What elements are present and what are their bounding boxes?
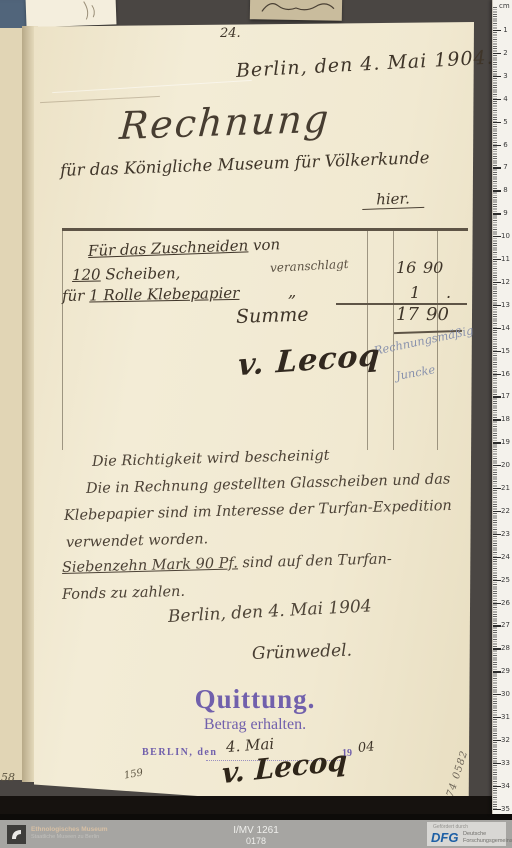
- ruler-number: 14: [500, 324, 511, 332]
- folio-number: 24.: [220, 26, 241, 41]
- document-title: Rechnung: [116, 96, 333, 148]
- script-fragment-icon: [250, 0, 342, 21]
- ruler-number: 24: [500, 553, 511, 561]
- receipt-place-label: BERLIN, den: [142, 747, 217, 758]
- archive-info-bar: Ethnologisches Museum Staatliche Museen …: [0, 820, 512, 848]
- ruler-number: 6: [500, 141, 511, 149]
- ruler-number: 8: [500, 186, 511, 194]
- ruler-number: 18: [500, 415, 511, 423]
- ruler-unit-label: cm: [499, 2, 510, 10]
- ruler-number: 21: [500, 484, 511, 492]
- ruler-number: 31: [500, 713, 511, 721]
- inventory-number: I/MV 1261: [176, 825, 336, 836]
- ruler-number: 2: [500, 49, 511, 57]
- ruler-number: 23: [500, 530, 511, 538]
- ruler-number: 32: [500, 736, 511, 744]
- cert-line-6: Fonds zu zahlen.: [62, 584, 185, 603]
- museum-subname: Staatliche Museen zu Berlin: [31, 834, 99, 840]
- ruler-number: 25: [500, 576, 511, 584]
- ruler-number: 5: [500, 118, 511, 126]
- ruler-number: 35: [500, 805, 511, 813]
- ruler-mm-ticks: [493, 7, 497, 809]
- adjacent-page-edge: [0, 28, 24, 780]
- ruler-number: 20: [500, 461, 511, 469]
- item-1-qty: 120: [72, 266, 101, 284]
- receipt-year-handwritten: 04: [357, 739, 375, 756]
- item-1-name: Scheiben,: [100, 264, 180, 283]
- scanned-document-photo: 24. Berlin, den 4. Mai 1904. Rechnung fü…: [0, 0, 512, 848]
- amount-2-pf: .: [446, 283, 451, 302]
- signature-director: Grünwedel.: [252, 641, 353, 664]
- ruler-number: 7: [500, 163, 511, 171]
- paper-edge-top-center: [250, 0, 342, 21]
- ruler-number: 29: [500, 667, 511, 675]
- paper-edge-top-left: [26, 0, 117, 28]
- recipient-place: hier.: [362, 189, 425, 210]
- item-1-rest: von: [248, 235, 281, 254]
- item-2-underlined: 1 Rolle Klebepapier: [89, 284, 240, 305]
- page-number-left: 58: [1, 771, 15, 784]
- amount-1-pf: 90: [423, 258, 443, 277]
- ditto-mark: „: [288, 282, 296, 301]
- script-fragment-icon: [26, 0, 117, 28]
- dfg-logo: DFG: [431, 830, 458, 845]
- ruler-number: 4: [500, 95, 511, 103]
- table-top-rule: [62, 228, 468, 231]
- receipt-title: Quittung.: [135, 684, 375, 715]
- scan-number: 0178: [176, 836, 336, 846]
- ruler-number: 16: [500, 370, 511, 378]
- sum-pf: 90: [426, 304, 449, 325]
- amount-1-mark: 16: [396, 258, 416, 277]
- receipt-subtitle: Betrag erhalten.: [135, 716, 375, 734]
- ruler-number: 27: [500, 621, 511, 629]
- ruler-number: 30: [500, 690, 511, 698]
- item-line-1b: 120 Scheiben,: [72, 264, 181, 284]
- museum-logo-icon: [7, 825, 26, 844]
- amount-2-mark: 1: [410, 283, 420, 302]
- sum-mark: 17: [396, 304, 419, 325]
- funder-name-line-2: Forschungsgemeinschaft: [463, 838, 512, 844]
- ruler-number: 12: [500, 278, 511, 286]
- ruler-number: 28: [500, 644, 511, 652]
- ruler-number: 15: [500, 347, 511, 355]
- ruler-number: 19: [500, 438, 511, 446]
- ruler-number: 17: [500, 392, 511, 400]
- sum-label: Summe: [236, 303, 309, 328]
- table-vertical-rule-left: [62, 231, 63, 450]
- ruler-number: 26: [500, 599, 511, 607]
- ruler-number: 33: [500, 759, 511, 767]
- ruler-scale: cm 1234567891011121314151617181920212223…: [492, 0, 512, 814]
- ruler-number: 11: [500, 255, 511, 263]
- item-line-2: für 1 Rolle Klebepapier: [62, 284, 240, 305]
- ruler-number: 22: [500, 507, 511, 515]
- ruler-number: 1: [500, 26, 511, 34]
- ruler-number: 3: [500, 72, 511, 80]
- funder-box: Gefördert durch DFG Deutsche Forschungsg…: [427, 822, 506, 846]
- ruler-number: 13: [500, 301, 511, 309]
- ruler-number: 10: [500, 232, 511, 240]
- ruler-number: 9: [500, 209, 511, 217]
- ruler-number: 34: [500, 782, 511, 790]
- funder-name-line-1: Deutsche: [463, 831, 486, 837]
- item-2-prefix: für: [62, 287, 89, 305]
- museum-name: Ethnologisches Museum: [31, 826, 108, 833]
